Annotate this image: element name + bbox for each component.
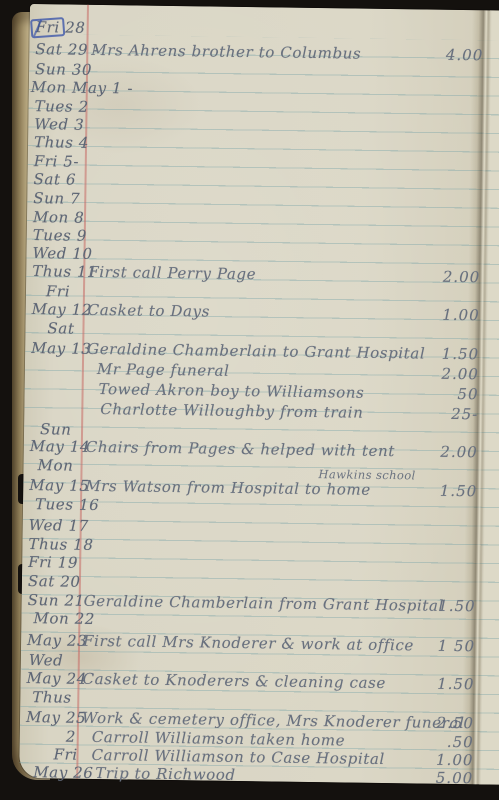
entry-date: Thus 18: [28, 535, 93, 554]
entry-amount: 4.00: [401, 45, 483, 64]
entry-amount: [399, 249, 481, 250]
entry-date: Mon 8: [33, 208, 85, 227]
entry-description: First call Mrs Knoderer & work at office: [83, 632, 414, 655]
entry-description: Trip to Richwood: [95, 764, 236, 784]
entry-date: May 26: [33, 763, 93, 782]
entry-description: Mr Page funeral: [97, 360, 230, 380]
entry-amount: 2.50: [392, 713, 474, 732]
entry-amount: [400, 138, 482, 139]
entry-amount: [398, 324, 480, 325]
entry-amount: [393, 656, 475, 657]
entry-date: May 15: [29, 476, 89, 495]
entry-description: Mrs Ahrens brother to Columbus: [91, 41, 361, 63]
interline-note: Hawkins school: [318, 467, 415, 482]
entry-description: First call Perry Page: [88, 263, 256, 283]
entry-amount: [392, 693, 474, 694]
entry-date: Sun 21: [28, 591, 85, 610]
entry-amount: [400, 157, 482, 158]
entry-amount: 1.50: [397, 344, 479, 363]
entry-date: Sat 20: [28, 572, 81, 591]
entry-amount: [401, 102, 483, 103]
entry-description: Charlotte Willoughby from train: [100, 400, 363, 422]
entry-amount: 2.00: [398, 267, 480, 286]
entry-amount: 5.00: [391, 768, 473, 787]
entry-amount: 1.00: [398, 305, 480, 324]
entry-date: Fri 28: [36, 18, 86, 37]
entry-amount: [394, 558, 476, 559]
entry-date: Fri: [53, 745, 77, 763]
entry-amount: [395, 521, 477, 522]
entry-date: Sun 30: [35, 60, 92, 79]
entry-description: Casket to Days: [88, 301, 210, 321]
entry-amount: 1.50: [395, 481, 477, 500]
entry-amount: 2.00: [396, 442, 478, 461]
entry-amount: [394, 614, 476, 615]
entry-date: Sat 6: [33, 170, 76, 189]
entry-date: Wed 17: [29, 516, 89, 535]
entry-amount: [399, 194, 481, 195]
entry-amount: [401, 65, 483, 66]
entry-amount: 1.50: [394, 596, 476, 615]
entry-amount: [401, 83, 483, 84]
entry-date: Mon: [37, 456, 73, 474]
entry-date: Sun 7: [33, 189, 80, 208]
entry-description: Towed Akron boy to Williamsons: [99, 380, 365, 402]
entry-date: Fri 19: [28, 553, 78, 572]
entry-date: Thus: [32, 688, 72, 707]
blue-pencil-overmark: [30, 17, 65, 38]
entry-date: May 23: [27, 631, 87, 650]
entry-date: Sun: [40, 420, 72, 438]
entry-amount: [399, 231, 481, 232]
entry-amount: 25-: [396, 404, 478, 423]
entry-amount: .50: [392, 732, 474, 751]
entry-amount: [400, 120, 482, 121]
entry-amount: 50: [396, 384, 478, 403]
entry-date: Thus 4: [34, 133, 89, 152]
entry-date: Fri: [46, 282, 70, 300]
entry-date: May 14: [30, 437, 90, 456]
entry-date: May 12: [32, 300, 92, 319]
entry-date: Sat: [47, 319, 74, 337]
entry-amount: [398, 287, 480, 288]
entry-date: Wed: [29, 651, 64, 669]
entry-date: Tues 9: [33, 226, 87, 245]
entry-amount: [395, 500, 477, 501]
entry-date: May 13: [31, 339, 91, 358]
entry-date: Tues 2: [34, 97, 88, 116]
ledger-page: Fri 28 Sat 29 - Mrs Ahrens brother to Co…: [19, 4, 499, 785]
entry-description: Geraldine Chamberlain to Grant Hospital: [87, 340, 425, 363]
entry-amount: [396, 461, 478, 462]
entry-amount: [400, 175, 482, 176]
entry-amount: 1.00: [391, 750, 473, 769]
entry-amount: [395, 540, 477, 541]
entry-date: Mon 22: [33, 609, 95, 628]
entry-date: Sat 29 -: [35, 40, 99, 59]
entry-date: Wed 3: [34, 115, 84, 134]
entry-date: 2: [66, 728, 76, 746]
handwritten-entries: Fri 28 Sat 29 - Mrs Ahrens brother to Co…: [19, 4, 499, 785]
entry-date: May 25: [26, 708, 86, 727]
entry-amount: [394, 577, 476, 578]
entry-date: Wed 10: [32, 244, 92, 263]
entry-date: May 24: [26, 669, 86, 688]
entry-amount: 1.50: [392, 674, 474, 693]
entry-amount: [402, 23, 484, 24]
entry-amount: [396, 425, 478, 426]
entry-amount: 2.00: [397, 364, 479, 383]
entry-amount: 1 50: [393, 636, 475, 655]
entry-date: Fri 5-: [34, 152, 80, 171]
entry-date: Mon May 1 -: [31, 78, 134, 97]
entry-date: Tues 16: [35, 495, 100, 514]
photo-frame: Fri 28 Sat 29 - Mrs Ahrens brother to Co…: [0, 0, 499, 800]
entry-amount: [399, 213, 481, 214]
